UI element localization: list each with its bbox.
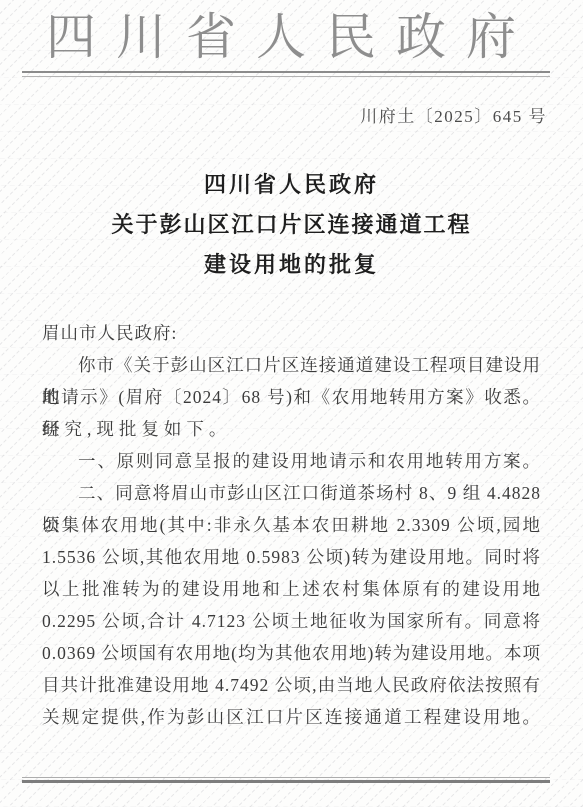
body-line: 的请示》(眉府〔2024〕68 号)和《农用地转用方案》收悉。经 xyxy=(42,381,541,413)
body-line: 顷集体农用地(其中:非永久基本农田耕地 2.3309 公顷,园地 xyxy=(42,509,541,541)
document-title: 四川省人民政府 关于彭山区江口片区连接通道工程 建设用地的批复 xyxy=(0,165,583,285)
body-line-salutation: 眉山市人民政府: xyxy=(42,317,541,349)
title-line-1: 四川省人民政府 xyxy=(0,165,583,205)
body-line: 研究,现批复如下。 xyxy=(42,413,541,445)
letterhead-title: 四川省人民政府 xyxy=(46,9,576,65)
body-line: 你市《关于彭山区江口片区连接通道建设工程项目建设用地 xyxy=(42,349,541,381)
title-line-3: 建设用地的批复 xyxy=(0,245,583,285)
body-line: 以上批准转为的建设用地和上述农村集体原有的建设用地 xyxy=(42,573,541,605)
body-line: 目共计批准建设用地 4.7492 公顷,由当地人民政府依法按照有 xyxy=(42,669,541,701)
body-line: 0.2295 公顷,合计 4.7123 公顷土地征收为国家所有。同意将 xyxy=(42,605,541,637)
body-line-item-2: 二、同意将眉山市彭山区江口街道茶场村 8、9 组 4.4828 公 xyxy=(42,477,541,509)
header-divider xyxy=(22,71,550,77)
footer-divider xyxy=(22,777,550,783)
body-line: 关规定提供,作为彭山区江口片区连接通道工程建设用地。 xyxy=(42,701,541,733)
body-line: 1.5536 公顷,其他农用地 0.5983 公顷)转为建设用地。同时将 xyxy=(42,541,541,573)
body-line-item-1: 一、原则同意呈报的建设用地请示和农用地转用方案。 xyxy=(42,445,541,477)
title-line-2: 关于彭山区江口片区连接通道工程 xyxy=(0,205,583,245)
body-line: 0.0369 公顷国有农用地(均为其他农用地)转为建设用地。本项 xyxy=(42,637,541,669)
doc-number: 川府土〔2025〕645 号 xyxy=(360,102,547,127)
document-body: 眉山市人民政府: 你市《关于彭山区江口片区连接通道建设工程项目建设用地 的请示》… xyxy=(42,317,541,733)
document-page: 四川省人民政府 川府土〔2025〕645 号 四川省人民政府 关于彭山区江口片区… xyxy=(0,0,583,807)
